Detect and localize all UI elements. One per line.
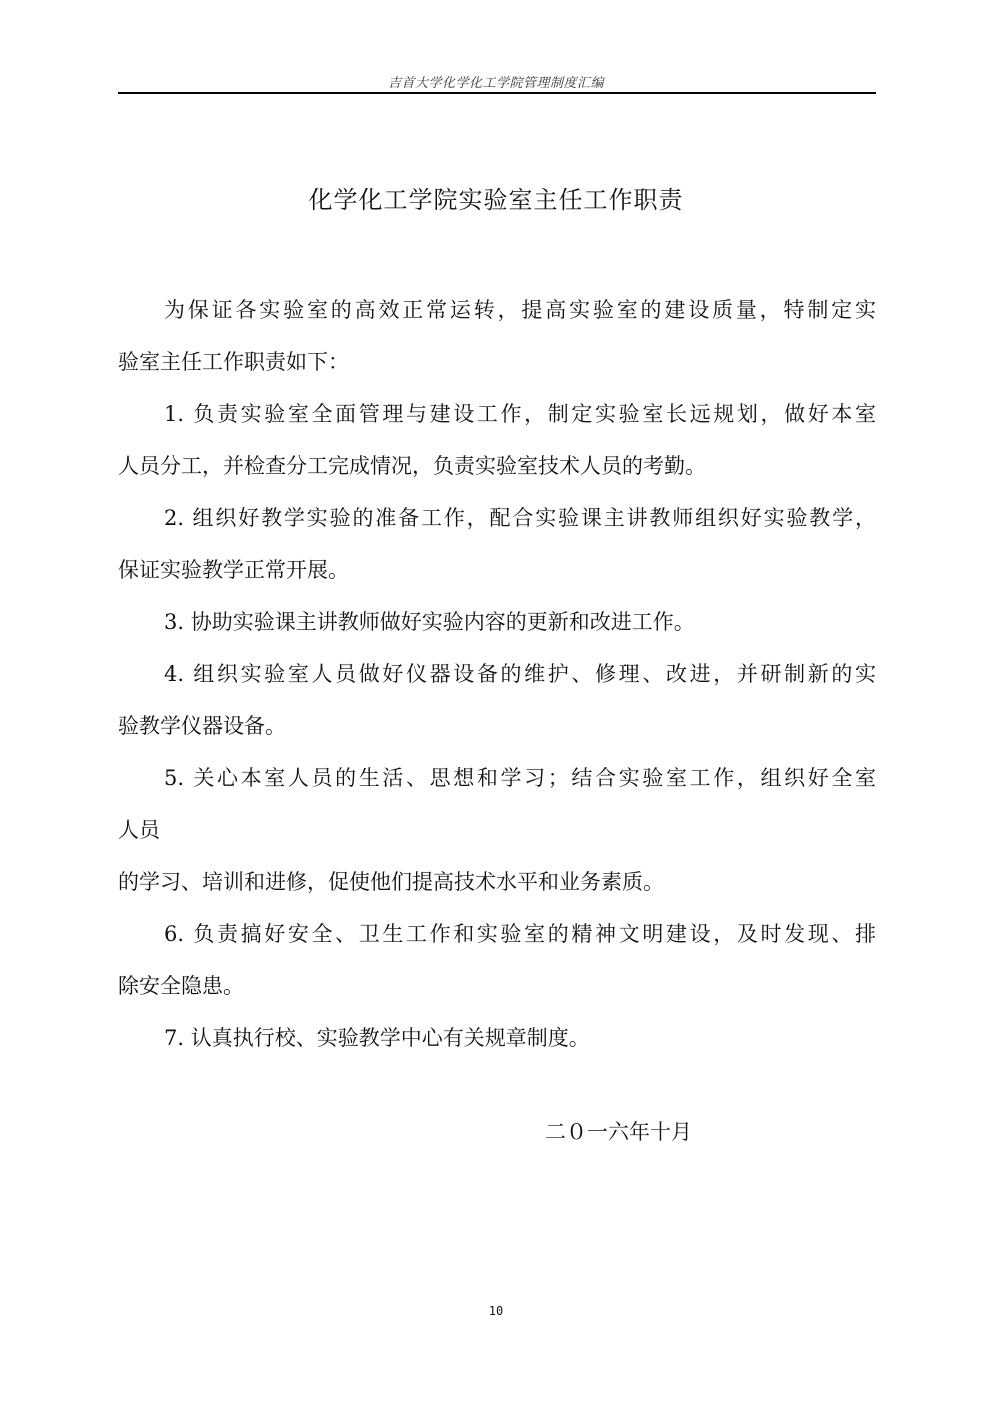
paragraph-line: 4. 组织实验室人员做好仪器设备的维护、修理、改进，并研制新的实 [118,648,876,700]
page-number: 10 [0,1304,992,1318]
paragraph-line: 7. 认真执行校、实验教学中心有关规章制度。 [118,1012,876,1064]
duty-item-1: 1. 负责实验室全面管理与建设工作，制定实验室长远规划，做好本室 人员分工，并检… [118,388,876,492]
intro-paragraph: 为保证各实验室的高效正常运转，提高实验室的建设质量，特制定实 验室主任工作职责如… [118,284,876,388]
duty-item-2: 2. 组织好教学实验的准备工作，配合实验课主讲教师组织好实验教学， 保证实验教学… [118,492,876,596]
paragraph-line: 1. 负责实验室全面管理与建设工作，制定实验室长远规划，做好本室 [118,388,876,440]
running-header-title: 吉首大学化学化工学院管理制度汇编 [0,72,992,91]
paragraph-line: 3. 协助实验课主讲教师做好实验内容的更新和改进工作。 [118,596,876,648]
paragraph-line: 除安全隐患。 [118,960,876,1012]
paragraph-line: 5. 关心本室人员的生活、思想和学习；结合实验室工作，组织好全室 [118,752,876,804]
paragraph-line: 2. 组织好教学实验的准备工作，配合实验课主讲教师组织好实验教学， [118,492,876,544]
duty-item-7: 7. 认真执行校、实验教学中心有关规章制度。 [118,1012,876,1064]
document-body: 为保证各实验室的高效正常运转，提高实验室的建设质量，特制定实 验室主任工作职责如… [118,284,876,1064]
paragraph-line: 人员 [118,804,876,856]
paragraph-line: 的学习、培训和进修，促使他们提高技术水平和业务素质。 [118,856,876,908]
duty-item-4: 4. 组织实验室人员做好仪器设备的维护、修理、改进，并研制新的实 验教学仪器设备… [118,648,876,752]
paragraph-line: 6. 负责搞好安全、卫生工作和实验室的精神文明建设，及时发现、排 [118,908,876,960]
paragraph-line: 为保证各实验室的高效正常运转，提高实验室的建设质量，特制定实 [118,284,876,336]
paragraph-line: 保证实验教学正常开展。 [118,544,876,596]
paragraph-line: 人员分工，并检查分工完成情况，负责实验室技术人员的考勤。 [118,440,876,492]
header-divider [118,92,876,94]
duty-item-5: 5. 关心本室人员的生活、思想和学习；结合实验室工作，组织好全室 人员 的学习、… [118,752,876,908]
paragraph-line: 验室主任工作职责如下： [118,336,876,388]
document-title: 化学化工学院实验室主任工作职责 [0,180,992,215]
duty-item-6: 6. 负责搞好安全、卫生工作和实验室的精神文明建设，及时发现、排 除安全隐患。 [118,908,876,1012]
paragraph-line: 验教学仪器设备。 [118,700,876,752]
document-date: 二０一六年十月 [545,1116,692,1146]
duty-item-3: 3. 协助实验课主讲教师做好实验内容的更新和改进工作。 [118,596,876,648]
